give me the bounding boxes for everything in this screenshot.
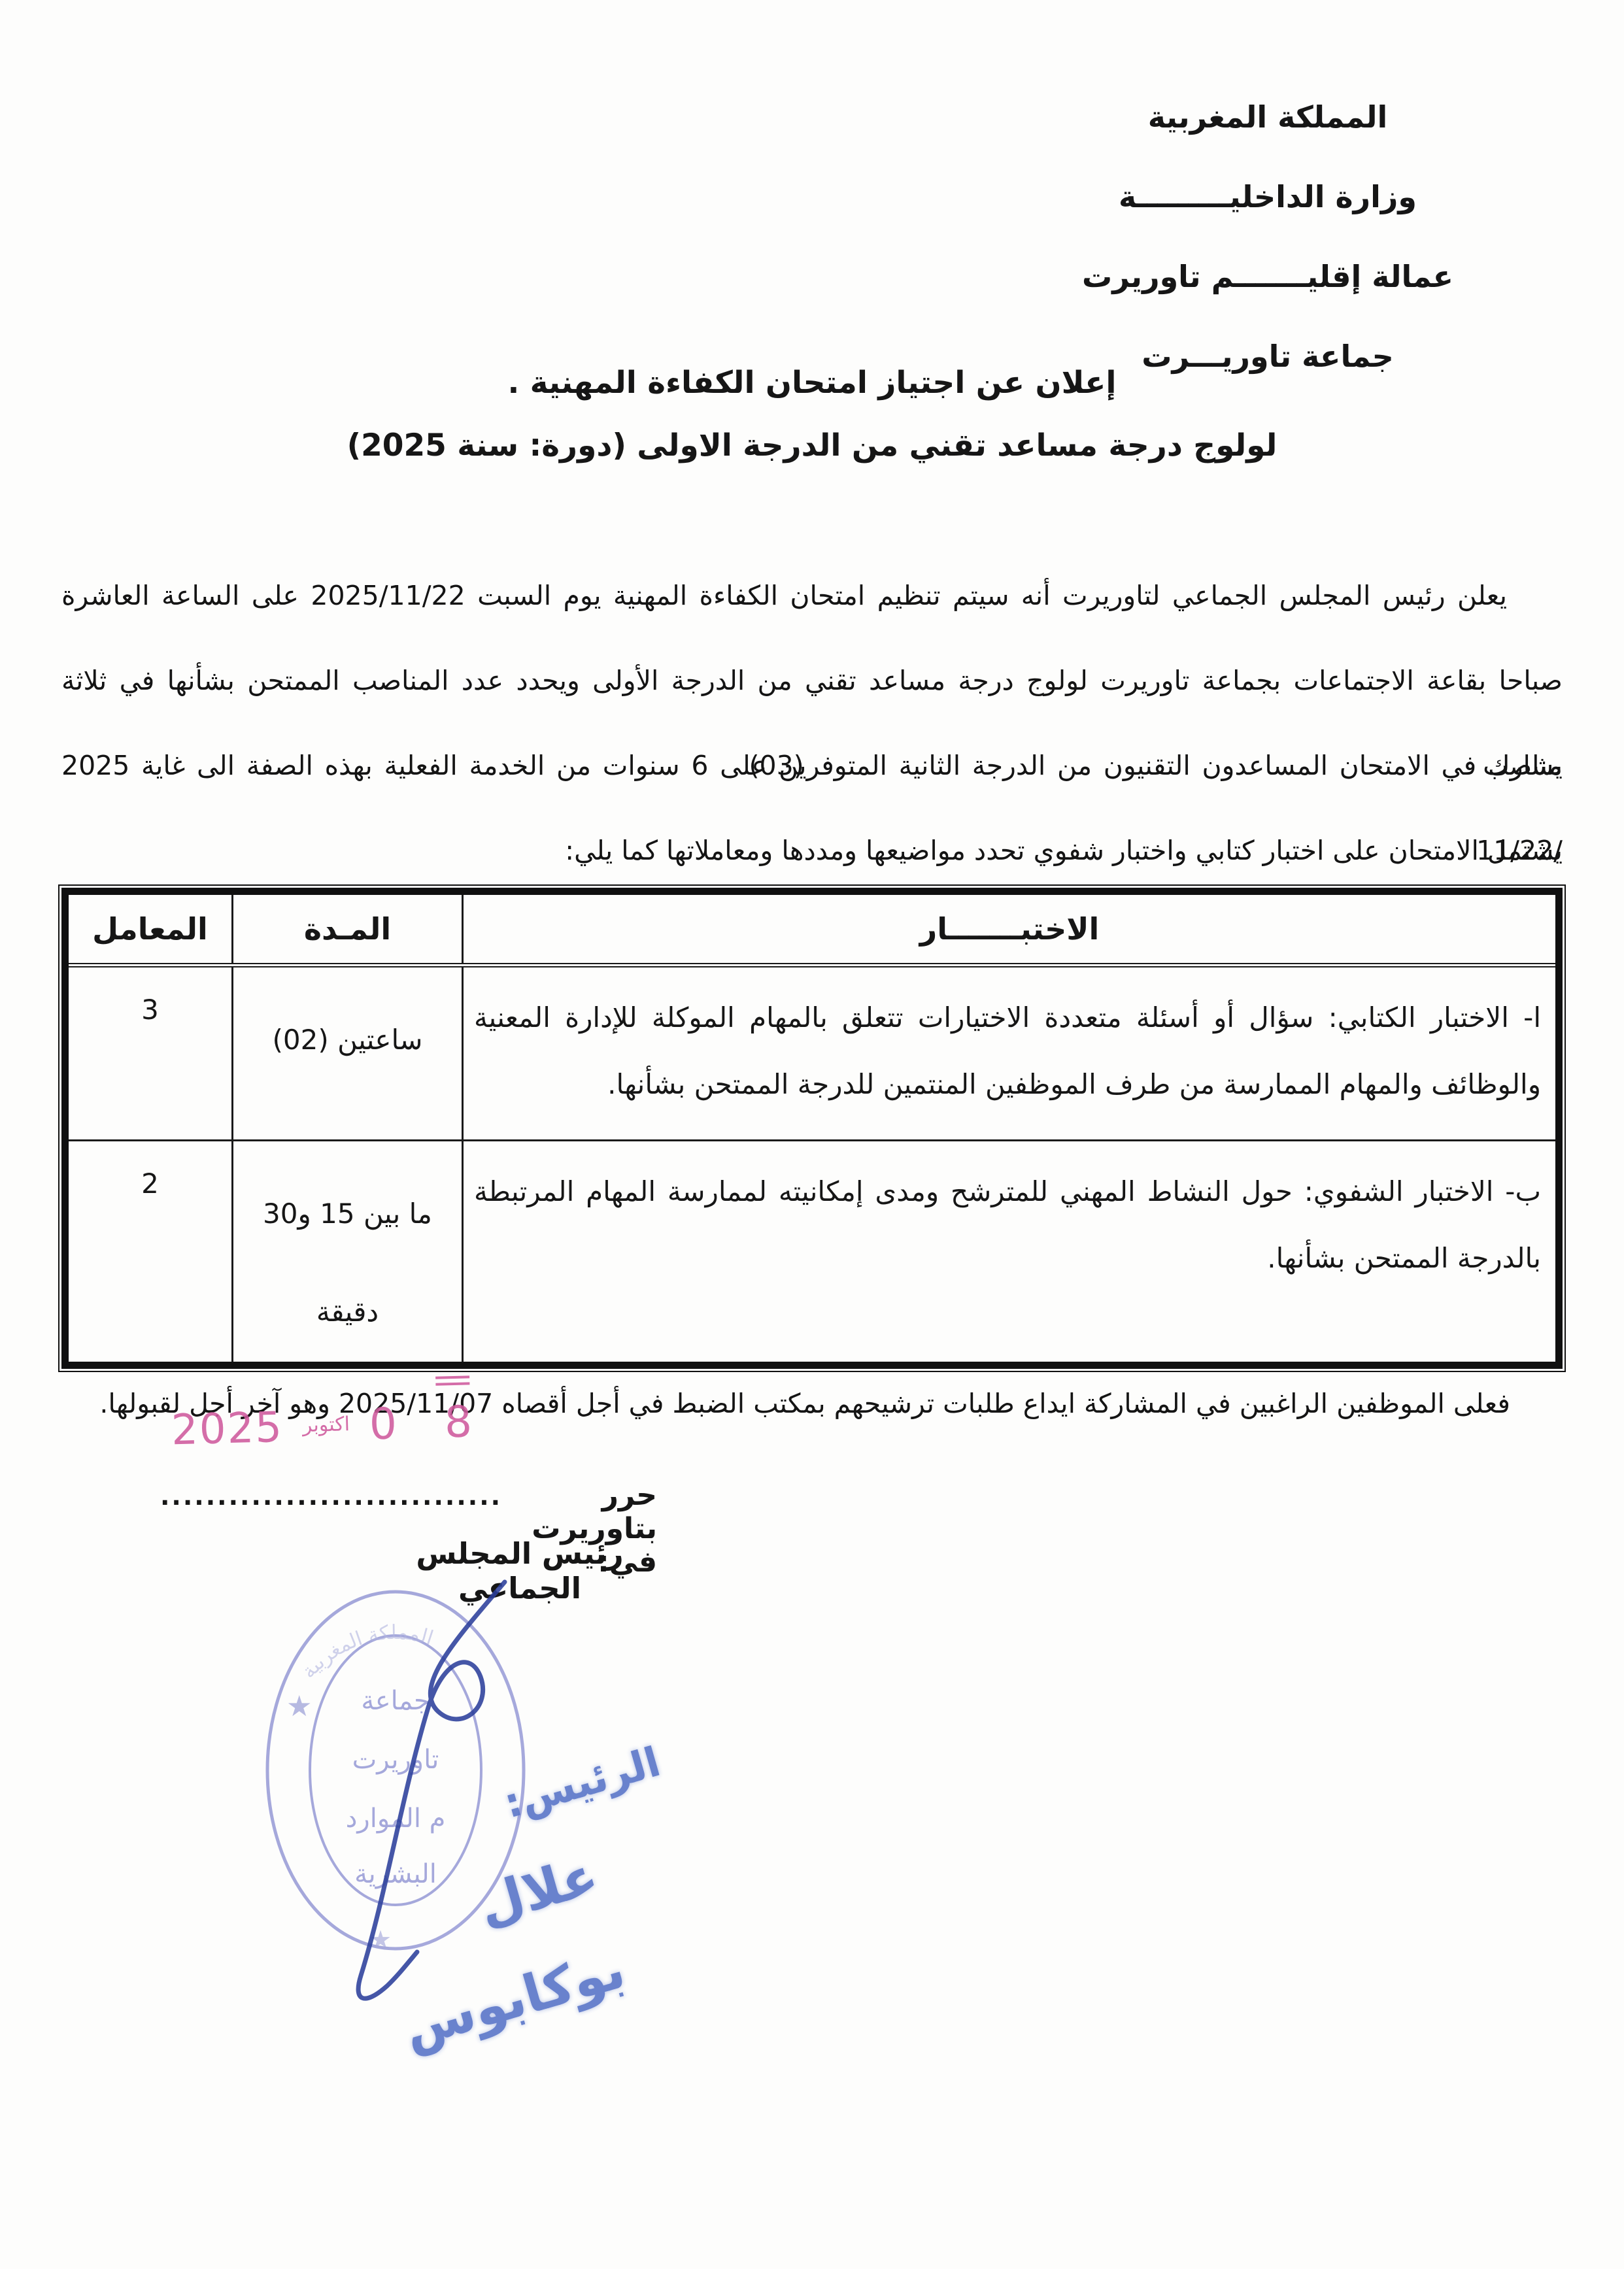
table-row-oral-exam: ب- الاختبار الشفوي: حول النشاط المهني لل… — [65, 1141, 1559, 1366]
signatory-title: رئيس المجلس الجماعي — [356, 1536, 683, 1605]
header-province: عمالة إقليـــــــم تاوريرت — [1078, 237, 1457, 316]
table-row-written-exam: ا- الاختبار الكتابي: سؤال أو أسئلة متعدد… — [65, 966, 1559, 1141]
president-name-stamp: الرئيس: علال بوكابوس — [296, 1720, 725, 2091]
title-line-2: لولوج درجة مساعد تقني من الدرجة الاولى (… — [0, 414, 1624, 477]
announcement-title: إعلان عن اجتياز امتحان الكفاءة المهنية .… — [0, 352, 1624, 477]
scanned-announcement-page: المملكة المغربية وزارة الداخليـــــــــة… — [0, 0, 1624, 2269]
title-line-1: إعلان عن اجتياز امتحان الكفاءة المهنية . — [0, 352, 1624, 414]
stamp-star-icon: ★ — [286, 1690, 312, 1723]
written-exam-coefficient: 3 — [65, 966, 233, 1141]
written-at-dots: .............................. — [160, 1482, 502, 1511]
date-stamp-month: اكتوبر — [302, 1413, 350, 1437]
written-exam-description: ا- الاختبار الكتابي: سؤال أو أسئلة متعدد… — [463, 966, 1559, 1141]
exam-table: الاختبـــــــار المـدة المعامل ا- الاختب… — [61, 888, 1563, 1369]
stamp-arc-text: المملكة المغربية — [297, 1621, 436, 1683]
date-stamp: 2025 اكتوبر 0 8 — [171, 1396, 490, 1455]
written-exam-duration: ساعتين (02) — [233, 966, 463, 1141]
oral-exam-coefficient: 2 — [65, 1141, 233, 1366]
stamp-text-commune: جماعة — [361, 1686, 430, 1716]
header-kingdom: المملكة المغربية — [1078, 77, 1457, 157]
oral-exam-duration: ما بين 15 و30 دقيقة — [233, 1141, 463, 1366]
header-coefficient: المعامل — [65, 892, 233, 966]
header-duration: المـدة — [233, 892, 463, 966]
date-stamp-year: 2025 — [171, 1403, 284, 1454]
oral-exam-description: ب- الاختبار الشفوي: حول النشاط المهني لل… — [463, 1141, 1559, 1366]
admin-header: المملكة المغربية وزارة الداخليـــــــــة… — [1078, 77, 1457, 396]
date-stamp-day: 0 8 — [369, 1396, 490, 1450]
header-ministry: وزارة الداخليـــــــــة — [1078, 157, 1457, 237]
stamp-text-taourirt: تاوريرت — [352, 1745, 439, 1775]
paragraph-exam-structure: يشتمل الامتحان على اختبار كتابي واختبار … — [61, 808, 1563, 893]
table-header-row: الاختبـــــــار المـدة المعامل — [65, 892, 1559, 966]
date-stamp-ink-marks — [435, 1382, 469, 1385]
header-exam: الاختبـــــــار — [463, 892, 1559, 966]
